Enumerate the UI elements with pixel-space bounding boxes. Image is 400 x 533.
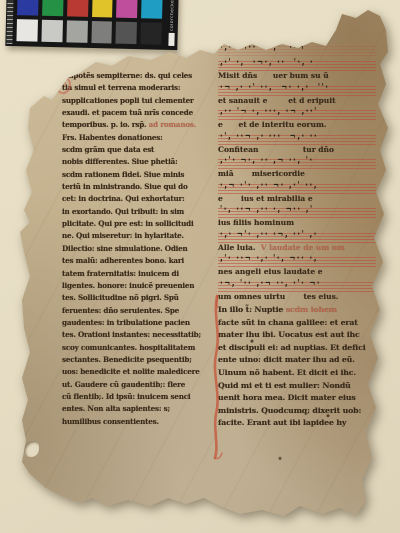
gospel-text: facte sũt in chana galilee: et erat (218, 318, 358, 327)
line-text: tes. Orationi instantes: necessitatib; (62, 330, 201, 339)
manuscript-line: humilibus consentientes. (62, 416, 216, 428)
line-text: exaudi. et pacem tuã nrĩs concede (62, 108, 193, 117)
lyric-text: Alle luia. (218, 243, 261, 252)
chant-lyric: miã misericordie (218, 169, 376, 179)
line-text: plicitate. Qui pre est: in sollicitudi (62, 219, 193, 228)
music-stave: ·‚· ¬·· ·‚' ··¬ (218, 44, 376, 56)
lyric-text: Confitean tur dño (218, 145, 334, 154)
manuscript-leaf-shadow: O mpotẽs sempiterne: ds. qui celestia s… (0, 0, 400, 533)
music-column-right: ·‚· ¬·· ·‚' ··¬‚·' ·‚ ·¬·‚ ·· '·‚ ·Misit… (218, 44, 376, 430)
manuscript-line: feruentes: dño seruientes. Spe (62, 305, 216, 317)
neume-marks: ‚'· ··¬ ·‚· '·‚ ¬·· ·‚ (220, 253, 318, 264)
line-text: ligentes. honore: inuicẽ preuenien (62, 281, 194, 290)
line-text: tatem fraternitatis: inuicem di (62, 269, 179, 278)
line-text: feruentes: dño seruientes. Spe (62, 306, 179, 315)
line-text: humilibus consentientes. (62, 417, 159, 426)
line-text: supplicationes popli tui clementer (62, 96, 194, 105)
gospel-text: facite. Erant aut ibi lapidee hy (218, 418, 346, 427)
chant-lyric: ius filiis hominum (218, 218, 376, 228)
manuscript-line: Frs. Habentes donationes: (62, 132, 216, 144)
line-text: mpotẽs sempiterne: ds. qui celes (66, 71, 192, 80)
line-text: ut. Gaudere cũ gaudentib;: flere (62, 380, 185, 389)
lyric-text: e ius et mirabilia e (218, 194, 313, 203)
music-stave: ‚'· ··¬ ·‚· '·‚ ¬·· ·‚ (218, 255, 376, 267)
music-stave: ·¬ ‚· ·' ··‚ ¬· ·‚· ''· (218, 84, 376, 96)
manuscript-line: scdm grãm que data est (62, 144, 216, 156)
manuscript-line: cet: in doctrina. Qui exhortatur: (62, 193, 216, 205)
gospel-line: Quid mi et ti est mulier: Nondũ (218, 380, 376, 393)
manuscript-line: tia simul et terrena moderaris: (62, 82, 216, 94)
lyric-rubric: V laudate de um om (261, 243, 345, 252)
neume-marks: ‚·· '¬ ·‚ ···‚ ·¬ ‚··' (220, 106, 318, 117)
line-text: gaudentes: in tribulatione pacien (62, 318, 190, 327)
manuscript-line: tatem fraternitatis: inuicem di (62, 268, 216, 280)
music-stave: '·‚ ··¬ ‚·· ·‚ ¬·· ‚' (218, 206, 376, 218)
line-text: Frs. Habentes donationes: (62, 133, 163, 142)
line-text: tes malũ: adherentes bono. kari (62, 256, 184, 265)
gospel-line: mater ihu ibi. Uocatus est aut ihc (218, 329, 376, 342)
manuscript-line: in exortando. Qui tribuit: in sim (62, 206, 216, 218)
gospel-line: facite. Erant aut ibi lapidee hy (218, 417, 376, 430)
music-stave: ‚·'· ¬·‚ ·· ‚¬ ··‚ '· (218, 157, 376, 169)
gospel-text: mater ihu ibi. Uocatus est aut ihc (218, 330, 360, 339)
line-text: sectantes. Benedicite psequentib; (62, 355, 192, 364)
gospel-line: facte sũt in chana galilee: et erat (218, 317, 376, 330)
line-text: teriũ in ministrando. Siue qui do (62, 182, 188, 191)
chant-staves: ·‚· ¬·· ·‚' ··¬‚·' ·‚ ·¬·‚ ·· '·‚ ·Misit… (218, 44, 376, 301)
line-text: scdm rationem fidei. Siue minis (62, 170, 184, 179)
line-text: nobis differentes. Siue phetiã: (62, 157, 178, 166)
line-text: ne. Qui miseretur: in hylaritate. (62, 231, 184, 240)
chant-lyric: um omnes uirtu tes eius. (218, 292, 376, 302)
gospel-line: ministris. Quodcumq; dixerit uob: (218, 405, 376, 418)
manuscript-line: sectantes. Benedicite psequentib; (62, 354, 216, 366)
line-text: scoy comunicantes. hospitalitatem (62, 343, 195, 352)
gospel-rubric: scdm iohem (286, 305, 337, 314)
gospel-text: ministris. Quodcumq; dixerit uob: (218, 406, 361, 415)
chant-lyric: e et de interitu eorum. (218, 120, 376, 130)
gospel-text: Quid mi et ti est mulier: Nondũ (218, 381, 351, 390)
manuscript-line: plicitate. Qui pre est: in sollicitudi (62, 218, 216, 230)
gospel-text-block: In illo t̃: Nuptie scdm iohemfacte sũt … (218, 304, 376, 430)
gospel-line: ente uino: dicit mater ihu ad eũ. (218, 354, 376, 367)
lyric-text: um omnes uirtu tes eius. (218, 292, 338, 301)
neume-marks: ·¬‚ '·· ‚·¬ ··‚ ·'· ¬· (220, 278, 321, 289)
chant-lyric: nes angeli eius laudate e (218, 267, 376, 277)
lyric-text: e et de interitu eorum. (218, 120, 327, 129)
gospel-line: In illo t̃: Nuptie scdm iohem (218, 304, 376, 317)
music-stave: ‚·· '¬ ·‚ ···‚ ·¬ ‚··' (218, 108, 376, 120)
lyric-text: miã misericordie (218, 169, 305, 178)
neume-marks: ·‚· ¬·· ·‚' ··¬ (220, 42, 305, 53)
neume-marks: ‚·' ·‚ ·¬·‚ ·· '·‚ · (220, 57, 314, 68)
manuscript-line: tes. Sollicitudine nõ pigri. Spũ (62, 292, 216, 304)
gospel-text: Uinum nõ habent. Et dicit ei ihc. (218, 368, 356, 377)
manuscript-line: Dilectio: sine simulatione. Odien (62, 243, 216, 255)
neume-marks: ·¬ ‚· ·' ··‚ ¬· ·‚· ''· (220, 82, 330, 93)
line-text: tes. Sollicitudine nõ pigri. Spũ (62, 293, 179, 302)
manuscript-line: gaudentes: in tribulatione pacien (62, 317, 216, 329)
parchment-hole (24, 441, 39, 457)
gospel-text: et discipuli ei: ad nuptias. Et defici (218, 343, 366, 352)
lyric-text: et sanauit e et d eripuit (218, 96, 336, 105)
music-stave: ·‚· ¬'· ‚·· ·¬‚ ··' ‚· (218, 231, 376, 243)
music-stave: ·'‚ ··¬ ‚· ··· ¬‚· ·· (218, 133, 376, 145)
manuscript-line: ut. Gaudere cũ gaudentib;: flere (62, 379, 216, 391)
red-pen-flourish (209, 294, 225, 464)
line-text: in exortando. Qui tribuit: in sim (62, 207, 184, 216)
line-text: uos: benedicite et nolite maledicere (62, 367, 200, 376)
gospel-line: Uinum nõ habent. Et dicit ei ihc. (218, 367, 376, 380)
lyric-text: ius filiis hominum (218, 218, 294, 227)
manuscript-line: ne. Qui miseretur: in hylaritate. (62, 230, 216, 242)
line-text: cũ flentib;. Id ipsũ: inuicem senci (62, 392, 190, 401)
chant-lyric: et sanauit e et d eripuit (218, 96, 376, 106)
manuscript-leaf: O mpotẽs sempiterne: ds. qui celestia s… (0, 0, 400, 533)
line-text: cet: in doctrina. Qui exhortatur: (62, 194, 185, 203)
line-text: Dilectio: sine simulatione. Odien (62, 244, 188, 253)
manuscript-line: scoy comunicantes. hospitalitatem (62, 342, 216, 354)
lyric-text: nes angeli eius laudate e (218, 267, 323, 276)
manuscript-line: entes. Non alta sapientes: s; (62, 403, 216, 415)
neume-marks: ·‚¬ ·'· ‚·· ¬· ‚·' ··‚ (220, 180, 318, 191)
manuscript-line: ligentes. honore: inuicẽ preuenien (62, 280, 216, 292)
music-stave: ·¬‚ '·· ‚·¬ ··‚ ·'· ¬· (218, 280, 376, 292)
line-text: scdm grãm que data est (62, 145, 154, 154)
manuscript-line: tes malũ: adherentes bono. kari (62, 255, 216, 267)
text-column-left: O mpotẽs sempiterne: ds. qui celestia s… (62, 70, 216, 428)
chant-lyric: Misit dñs uer bum su ũ (218, 71, 376, 81)
gospel-text: uenit hora mea. Dicit mater eius (218, 393, 356, 402)
gospel-text: In illo t̃: Nuptie (218, 305, 286, 314)
neume-marks: ·'‚ ··¬ ‚· ··· ¬‚· ·· (220, 131, 318, 142)
manuscript-line: teriũ in ministrando. Siue qui do (62, 181, 216, 193)
manuscript-line: cũ flentib;. Id ipsũ: inuicem senci (62, 391, 216, 403)
chant-lyric: Confitean tur dño (218, 145, 376, 155)
manuscript-line: mpotẽs sempiterne: ds. qui celes (62, 70, 216, 82)
music-stave: ·‚¬ ·'· ‚·· ¬· ‚·' ··‚ (218, 182, 376, 194)
manuscript-line: uos: benedicite et nolite maledicere (62, 366, 216, 378)
lyric-text: Misit dñs uer bum su ũ (218, 71, 329, 80)
manuscript-line: supplicationes popli tui clementer (62, 95, 216, 107)
rubric-text: ad romanos. (149, 120, 196, 129)
line-text: temporibus. p. io. rsp̃. (62, 120, 149, 129)
chant-lyric: e ius et mirabilia e (218, 194, 376, 204)
gospel-line: et discipuli ei: ad nuptias. Et defici (218, 342, 376, 355)
line-text: tia simul et terrena moderaris: (62, 83, 180, 92)
manuscript-line: nobis differentes. Siue phetiã: (62, 156, 216, 168)
neume-marks: ‚·'· ¬·‚ ·· ‚¬ ··‚ '· (220, 155, 314, 166)
neume-marks: '·‚ ··¬ ‚·· ·‚ ¬·· ‚' (220, 204, 314, 215)
neume-marks: ·‚· ¬'· ‚·· ·¬‚ ··' ‚· (220, 229, 318, 240)
manuscript-line: tes. Orationi instantes: necessitatib; (62, 329, 216, 341)
initial-letter-O: O (55, 76, 71, 94)
manuscript-line: exaudi. et pacem tuã nrĩs concede (62, 107, 216, 119)
photograph-background: colorchecker O mpotẽs sempiterne: ds. q… (0, 0, 400, 533)
gospel-line: uenit hora mea. Dicit mater eius (218, 392, 376, 405)
chant-lyric: Alle luia. V laudate de um om (218, 243, 376, 253)
line-text: entes. Non alta sapientes: s; (62, 404, 170, 413)
manuscript-line: scdm rationem fidei. Siue minis (62, 169, 216, 181)
gospel-text: ente uino: dicit mater ihu ad eũ. (218, 355, 355, 364)
music-stave: ‚·' ·‚ ·¬·‚ ·· '·‚ · (218, 59, 376, 71)
manuscript-line: temporibus. p. io. rsp̃. ad romanos. (62, 119, 216, 131)
